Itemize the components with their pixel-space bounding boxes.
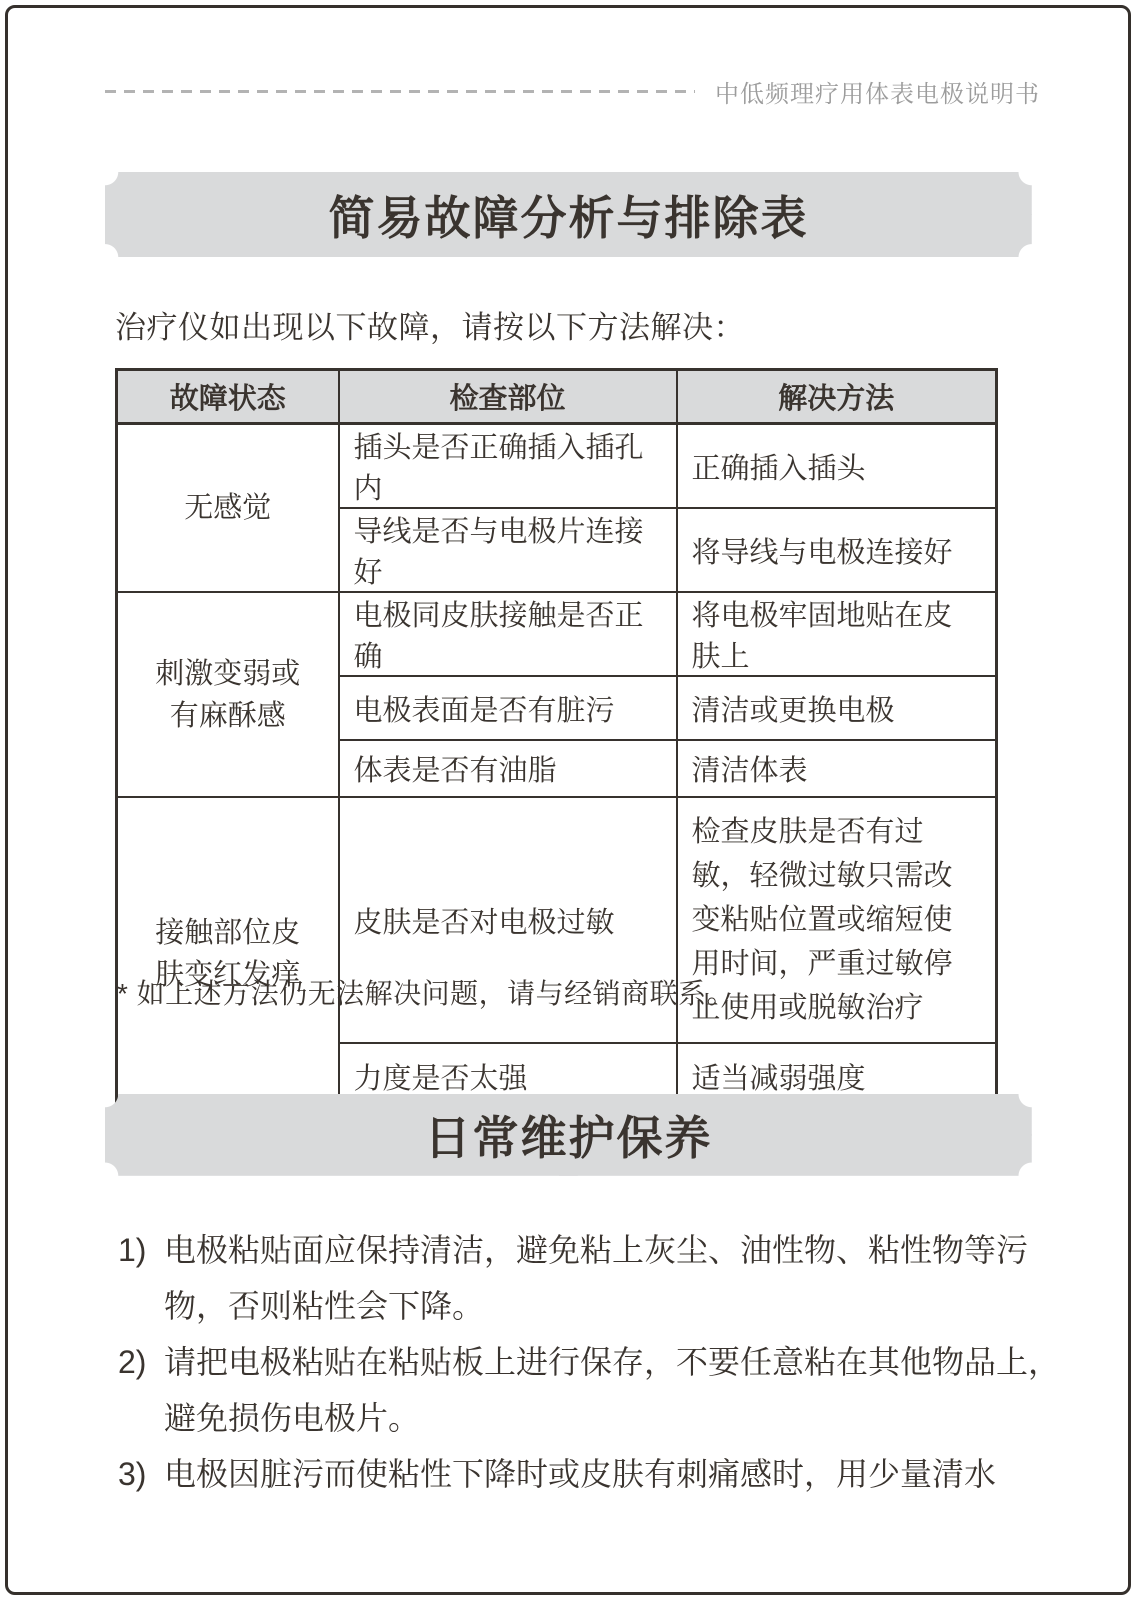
list-item-marker: 2) [118, 1334, 164, 1446]
fix-cell: 正确插入插头 [677, 424, 997, 509]
fix-cell: 清洁或更换电极 [677, 676, 997, 740]
check-cell: 体表是否有油脂 [339, 740, 677, 797]
col-header-fault-status: 故障状态 [117, 370, 339, 424]
fault-line: 接触部位皮 [124, 912, 332, 954]
list-item-text: 请把电极粘贴在粘贴板上进行保存，不要任意粘在其他物品上，避免损伤电极片。 [164, 1334, 1068, 1446]
table-footnote: * 如上述方法仍无法解决问题，请与经销商联系。 [117, 972, 735, 1012]
section-title-troubleshooting: 简易故障分析与排除表 [329, 182, 809, 248]
section-banner-troubleshooting: 简易故障分析与排除表 [105, 172, 1032, 257]
table-row: 刺激变弱或 有麻酥感 电极同皮肤接触是否正确 将电极牢固地贴在皮肤上 [117, 592, 997, 676]
col-header-check-part: 检查部位 [339, 370, 677, 424]
check-cell: 电极同皮肤接触是否正确 [339, 592, 677, 676]
fault-cell: 无感觉 [117, 424, 339, 593]
fault-cell: 接触部位皮 肤变红发痒 [117, 797, 339, 1111]
fault-line: 有麻酥感 [124, 695, 332, 737]
col-header-solution: 解决方法 [677, 370, 997, 424]
list-item: 2) 请把电极粘贴在粘贴板上进行保存，不要任意粘在其他物品上，避免损伤电极片。 [118, 1334, 1068, 1446]
fault-line: 无感觉 [124, 487, 332, 529]
section-banner-maintenance: 日常维护保养 [105, 1094, 1032, 1176]
troubleshooting-intro: 治疗仪如出现以下故障，请按以下方法解决： [115, 302, 745, 347]
header-dashed-rule [105, 90, 695, 93]
list-item-text: 电极因脏污而使粘性下降时或皮肤有刺痛感时，用少量清水 [164, 1446, 1068, 1502]
list-item: 3) 电极因脏污而使粘性下降时或皮肤有刺痛感时，用少量清水 [118, 1446, 1068, 1502]
fault-cell: 刺激变弱或 有麻酥感 [117, 592, 339, 797]
section-title-maintenance: 日常维护保养 [425, 1102, 713, 1168]
table-row: 无感觉 插头是否正确插入插孔内 正确插入插头 [117, 424, 997, 509]
list-item-text: 电极粘贴面应保持清洁，避免粘上灰尘、油性物、粘性物等污物，否则粘性会下降。 [164, 1222, 1068, 1334]
list-item: 1) 电极粘贴面应保持清洁，避免粘上灰尘、油性物、粘性物等污物，否则粘性会下降。 [118, 1222, 1068, 1334]
fix-cell: 将电极牢固地贴在皮肤上 [677, 592, 997, 676]
doc-header-title: 中低频理疗用体表电极说明书 [715, 74, 1040, 109]
fix-cell: 将导线与电极连接好 [677, 508, 997, 592]
fix-cell: 清洁体表 [677, 740, 997, 797]
check-cell: 电极表面是否有脏污 [339, 676, 677, 740]
check-cell: 插头是否正确插入插孔内 [339, 424, 677, 509]
list-item-marker: 1) [118, 1222, 164, 1334]
table-header-row: 故障状态 检查部位 解决方法 [117, 370, 997, 424]
doc-header: 中低频理疗用体表电极说明书 [105, 74, 1040, 109]
check-cell: 导线是否与电极片连接好 [339, 508, 677, 592]
list-item-marker: 3) [118, 1446, 164, 1502]
maintenance-list: 1) 电极粘贴面应保持清洁，避免粘上灰尘、油性物、粘性物等污物，否则粘性会下降。… [118, 1222, 1068, 1502]
fault-line: 刺激变弱或 [124, 653, 332, 695]
